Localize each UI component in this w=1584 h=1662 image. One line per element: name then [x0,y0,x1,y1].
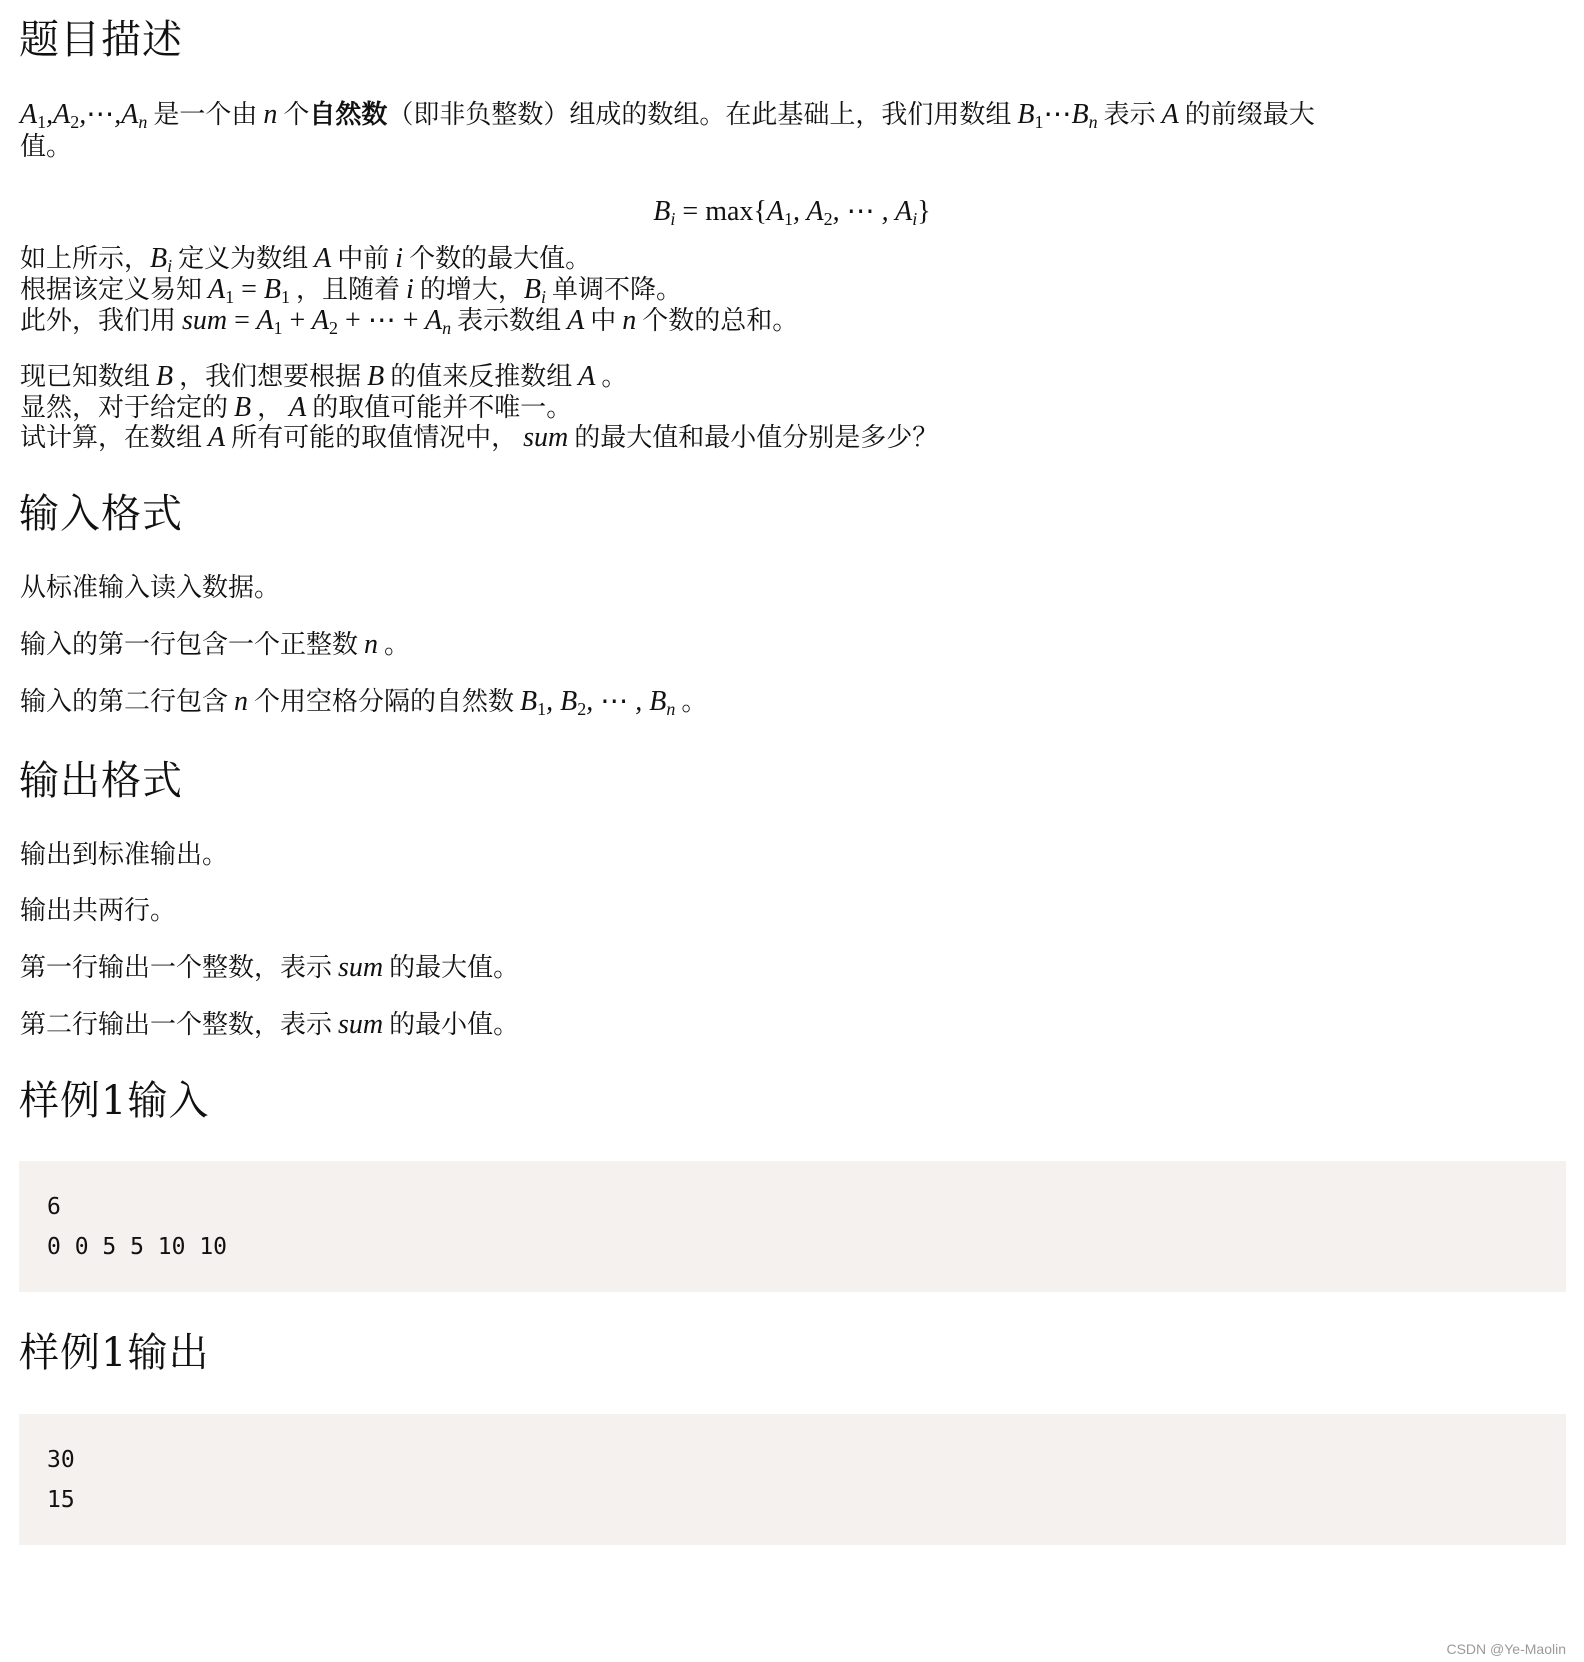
prefix-max-formula: Bi = max{A1, A2, ⋯ , Ai} [0,194,1584,228]
sample-input-line-1: 6 [47,1196,61,1219]
description-heading: 题目描述 [19,20,183,60]
output-format-line-4: 第二行输出一个整数，表示sum的最小值。 [20,1009,519,1041]
bold-natural-numbers: 自然数 [309,100,387,130]
output-format-line-1: 输出到标准输出。 [20,839,228,871]
description-line-5: 显然，对于给定的B，A的取值可能并不唯一。 [20,392,572,424]
description-line-4: 现已知数组B，我们想要根据B的值来反推数组A。 [20,361,627,393]
description-line-6: 试计算，在数组A所有可能的取值情况中，sum的最大值和最小值分别是多少？ [20,422,938,454]
math-b-range: B1⋯Bn [1011,99,1103,130]
sample-input-heading: 样例1输入 [19,1081,209,1121]
input-format-line-3: 输入的第二行包含n个用空格分隔的自然数B1, B2, ⋯ , Bn。 [20,686,707,718]
input-format-heading: 输入格式 [19,494,183,534]
input-format-line-1: 从标准输入读入数据。 [20,572,280,604]
description-line-2: 根据该定义易知A1 = B1，且随着i的增大，Bi单调不降。 [20,274,682,306]
sample-input-line-2: 0 0 5 5 10 10 [47,1236,227,1259]
description-line-1: 如上所示，Bi定义为数组A中前i个数的最大值。 [20,243,591,275]
input-format-line-2: 输入的第一行包含一个正整数n。 [20,629,410,661]
problem-statement-page: 题目描述 A1,A2,⋯,An是一个由n个自然数（即非负整数）组成的数组。在此基… [0,0,1584,1662]
sample-output-code-block[interactable]: 30 15 [19,1414,1566,1545]
output-format-line-2: 输出共两行。 [20,895,176,927]
sample-input-code-block[interactable]: 6 0 0 5 5 10 10 [19,1161,1566,1292]
sample-output-line-2: 15 [47,1489,75,1512]
description-paragraph-1-cont: 值。 [20,131,72,163]
sample-output-heading: 样例1输出 [19,1333,209,1373]
output-format-line-3: 第一行输出一个整数，表示sum的最大值。 [20,952,519,984]
description-line-3: 此外，我们用sum = A1 + A2 + ⋯ + An表示数组A中n个数的总和… [20,305,798,337]
csdn-watermark: CSDN @Ye-Maolin [1446,1641,1566,1657]
sample-output-line-1: 30 [47,1449,75,1472]
math-a-sequence: A1,A2,⋯,An [20,99,153,130]
description-paragraph-1: A1,A2,⋯,An是一个由n个自然数（即非负整数）组成的数组。在此基础上，我们… [20,99,1315,131]
output-format-heading: 输出格式 [19,761,183,801]
